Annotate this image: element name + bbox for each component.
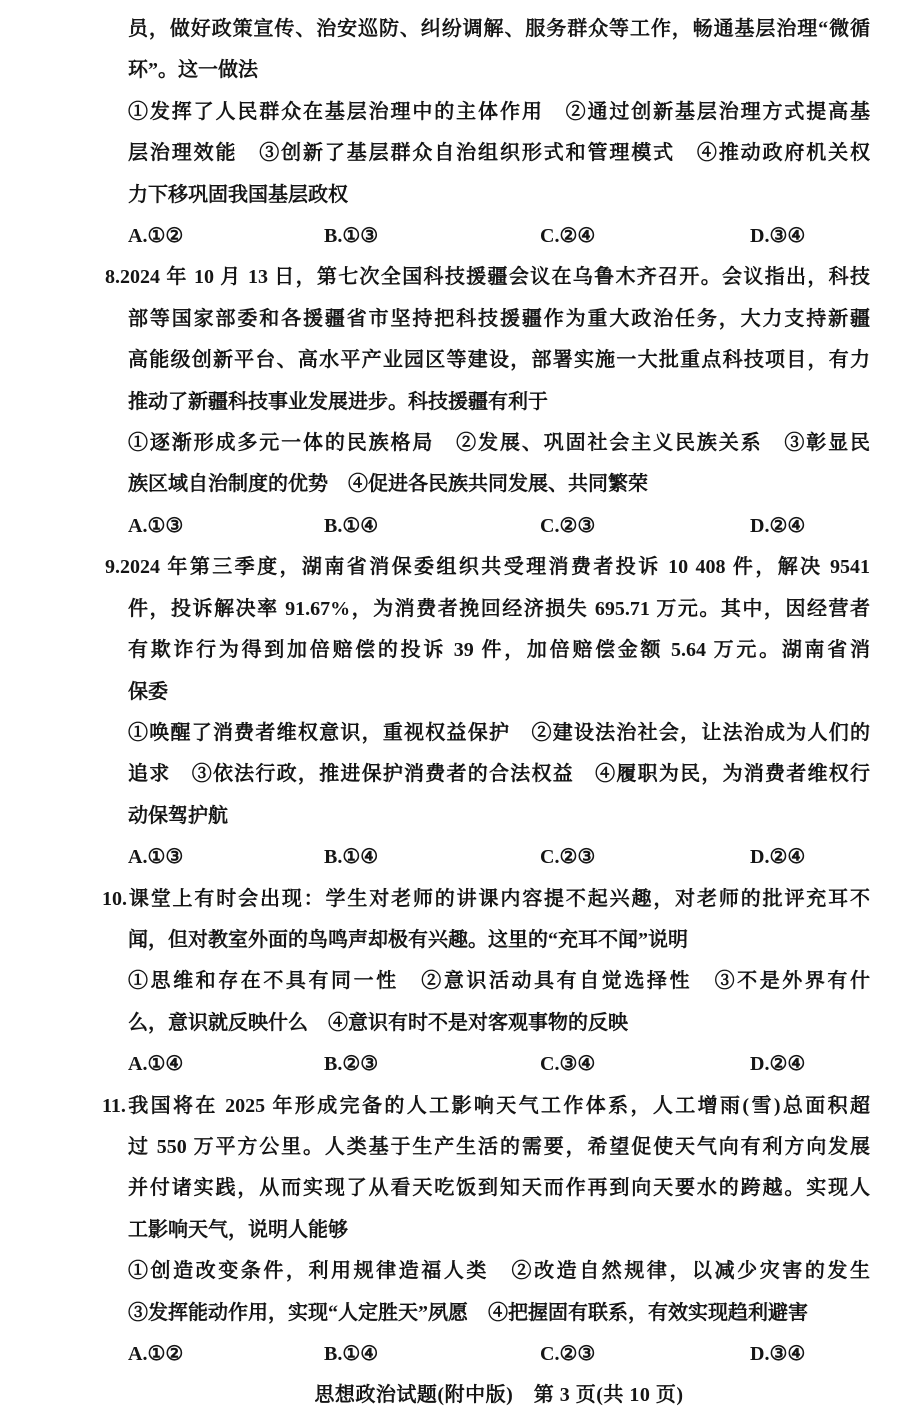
question-stem-line: 8.2024 年 10 月 13 日，第七次全国科技援疆会议在乌鲁木齐召开。会议… [105, 257, 870, 298]
choice-d: D.②④ [750, 506, 870, 547]
statement-line: 力下移巩固我国基层政权 [128, 175, 870, 216]
page-footer: 思想政治试题(附中版) 第 3 页(共 10 页) [128, 1375, 870, 1416]
choice-c: C.②③ [540, 506, 750, 547]
question-stem-line: 件，投诉解决率 91.67%，为消费者挽回经济损失 695.71 万元。其中，因… [128, 589, 870, 630]
choice-a: A.①④ [128, 1044, 324, 1085]
choice-c: C.②③ [540, 1334, 750, 1375]
choice-b: B.②③ [324, 1044, 540, 1085]
choice-a: A.①③ [128, 506, 324, 547]
statement-line: ③发挥能动作用，实现“人定胜天”夙愿 ④把握固有联系，有效实现趋利避害 [128, 1293, 870, 1334]
choice-row: A.①② B.①④ C.②③ D.③④ [128, 1334, 870, 1375]
choice-row: A.①③ B.①④ C.②③ D.②④ [128, 837, 870, 878]
choice-a: A.①② [128, 1334, 324, 1375]
statement-line: ①逐渐形成多元一体的民族格局 ②发展、巩固社会主义民族关系 ③彰显民 [128, 423, 870, 464]
statement-line: 么，意识就反映什么 ④意识有时不是对客观事物的反映 [128, 1003, 870, 1044]
question-stem-line: 9.2024 年第三季度，湖南省消保委组织共受理消费者投诉 10 408 件，解… [105, 547, 870, 588]
statement-line: 动保驾护航 [128, 796, 870, 837]
page-content: 员，做好政策宣传、治安巡防、纠纷调解、服务群众等工作，畅通基层治理“微循 环”。… [128, 9, 870, 1417]
statement-line: 层治理效能 ③创新了基层群众自治组织形式和管理模式 ④推动政府机关权 [128, 133, 870, 174]
choice-b: B.①④ [324, 837, 540, 878]
question-stem-line: 11.我国将在 2025 年形成完备的人工影响天气工作体系，人工增雨(雪)总面积… [102, 1086, 870, 1127]
statement-line: ①发挥了人民群众在基层治理中的主体作用 ②通过创新基层治理方式提高基 [128, 92, 870, 133]
choice-d: D.②④ [750, 1044, 870, 1085]
question-stem-line: 过 550 万平方公里。人类基于生产生活的需要，希望促使天气向有利方向发展 [128, 1127, 870, 1168]
statement-line: ①思维和存在不具有同一性 ②意识活动具有自觉选择性 ③不是外界有什 [128, 961, 870, 1002]
choice-d: D.②④ [750, 837, 870, 878]
choice-b: B.①④ [324, 1334, 540, 1375]
question-7-continuation: 员，做好政策宣传、治安巡防、纠纷调解、服务群众等工作，畅通基层治理“微循 环”。… [128, 9, 870, 257]
choice-d: D.③④ [750, 216, 870, 257]
statement-line: ①唤醒了消费者维权意识，重视权益保护 ②建设法治社会，让法治成为人们的 [128, 713, 870, 754]
choice-row: A.①④ B.②③ C.③④ D.②④ [128, 1044, 870, 1085]
exam-paper-page: 员，做好政策宣传、治安巡防、纠纷调解、服务群众等工作，畅通基层治理“微循 环”。… [0, 0, 900, 1423]
question-9: 9.2024 年第三季度，湖南省消保委组织共受理消费者投诉 10 408 件，解… [128, 547, 870, 878]
question-stem-line: 推动了新疆科技事业发展进步。科技援疆有利于 [128, 382, 870, 423]
question-stem-line: 保委 [128, 672, 870, 713]
text-line: 环”。这一做法 [128, 50, 870, 91]
question-10: 10.课堂上有时会出现：学生对老师的讲课内容提不起兴趣，对老师的批评充耳不 闻，… [128, 879, 870, 1086]
question-stem-line: 工影响天气，说明人能够 [128, 1210, 870, 1251]
choice-b: B.①③ [324, 216, 540, 257]
question-stem-line: 10.课堂上有时会出现：学生对老师的讲课内容提不起兴趣，对老师的批评充耳不 [102, 879, 870, 920]
question-stem-line: 闻，但对教室外面的鸟鸣声却极有兴趣。这里的“充耳不闻”说明 [128, 920, 870, 961]
statement-line: 族区域自治制度的优势 ④促进各民族共同发展、共同繁荣 [128, 464, 870, 505]
question-stem-line: 高能级创新平台、高水平产业园区等建设，部署实施一大批重点科技项目，有力 [128, 340, 870, 381]
question-stem-line: 并付诸实践，从而实现了从看天吃饭到知天而作再到向天要水的跨越。实现人 [128, 1168, 870, 1209]
statement-line: 追求 ③依法行政，推进保护消费者的合法权益 ④履职为民，为消费者维权行 [128, 754, 870, 795]
question-11: 11.我国将在 2025 年形成完备的人工影响天气工作体系，人工增雨(雪)总面积… [128, 1086, 870, 1376]
choice-c: C.③④ [540, 1044, 750, 1085]
choice-a: A.①③ [128, 837, 324, 878]
choice-c: C.②④ [540, 216, 750, 257]
question-8: 8.2024 年 10 月 13 日，第七次全国科技援疆会议在乌鲁木齐召开。会议… [128, 257, 870, 547]
text-line: 员，做好政策宣传、治安巡防、纠纷调解、服务群众等工作，畅通基层治理“微循 [128, 9, 870, 50]
question-stem-line: 有欺诈行为得到加倍赔偿的投诉 39 件，加倍赔偿金额 5.64 万元。湖南省消 [128, 630, 870, 671]
choice-row: A.①② B.①③ C.②④ D.③④ [128, 216, 870, 257]
choice-d: D.③④ [750, 1334, 870, 1375]
choice-a: A.①② [128, 216, 324, 257]
choice-row: A.①③ B.①④ C.②③ D.②④ [128, 506, 870, 547]
choice-b: B.①④ [324, 506, 540, 547]
choice-c: C.②③ [540, 837, 750, 878]
question-stem-line: 部等国家部委和各援疆省市坚持把科技援疆作为重大政治任务，大力支持新疆 [128, 299, 870, 340]
statement-line: ①创造改变条件，利用规律造福人类 ②改造自然规律，以减少灾害的发生 [128, 1251, 870, 1292]
